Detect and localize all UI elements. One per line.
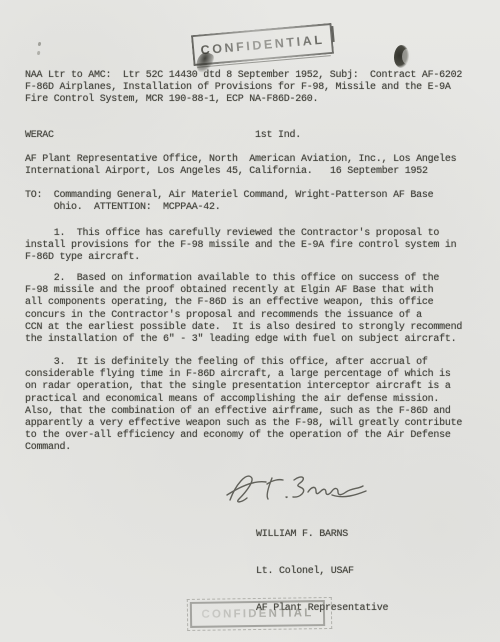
indorsement-label: 1st Ind.	[255, 130, 301, 142]
signature-name: WILLIAM F. BARNS	[256, 529, 388, 541]
office-symbol: WERAC	[25, 130, 54, 142]
to-block: TO: Commanding General, Air Materiel Com…	[25, 190, 433, 214]
confidential-stamp-bottom: CONFIDENTIAL	[190, 600, 325, 628]
paragraph-1: 1. This office has carefully reviewed th…	[25, 228, 456, 265]
confidential-stamp-bottom-label: CONFIDENTIAL	[201, 607, 313, 621]
paragraph-2: 2. Based on information available to thi…	[25, 273, 462, 346]
paper-speck	[38, 42, 42, 47]
scanned-letter-page: CONFIDENTIAL NAA Ltr to AMC: Ltr 52C 144…	[0, 0, 500, 642]
ink-blot	[394, 45, 409, 68]
stamp-edge-tick	[331, 26, 334, 42]
paragraph-3: 3. It is definitely the feeling of this …	[25, 357, 462, 455]
handwritten-signature	[226, 470, 368, 508]
confidential-stamp-top-label: CONFIDENTIAL	[200, 32, 325, 57]
letter-date: 16 September 1952	[330, 166, 428, 178]
reference-block: NAA Ltr to AMC: Ltr 52C 14430 dtd 8 Sept…	[25, 70, 462, 107]
signature-rank: Lt. Colonel, USAF	[256, 566, 388, 578]
